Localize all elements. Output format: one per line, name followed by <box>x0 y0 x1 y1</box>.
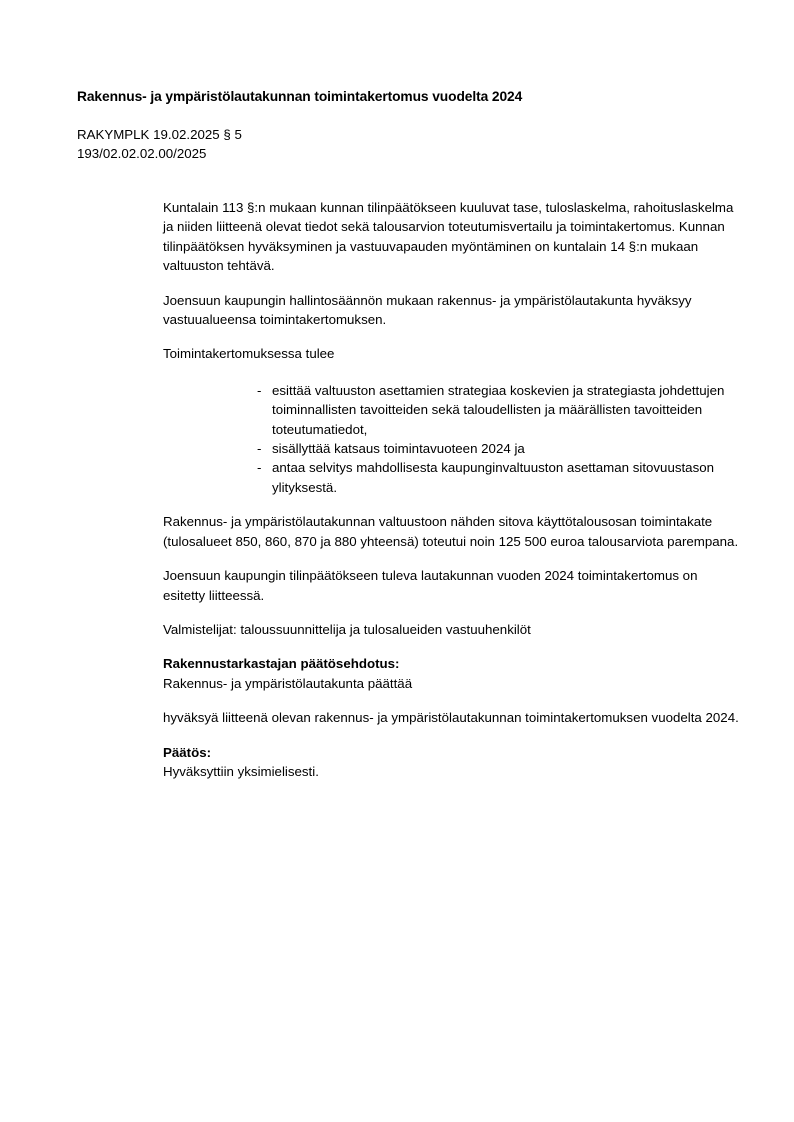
decision-text: Hyväksyttiin yksimielisesti. <box>163 762 743 781</box>
proposal-line: Rakennus- ja ympäristölautakunta päättää <box>163 674 743 693</box>
proposal-text: hyväksyä liitteenä olevan rakennus- ja y… <box>163 708 743 727</box>
case-number: 193/02.02.02.00/2025 <box>77 144 242 163</box>
paragraph-report-requirements: Toimintakertomuksessa tulee <box>163 344 743 363</box>
proposal-heading: Rakennustarkastajan päätösehdotus: <box>163 654 743 673</box>
document-meta: RAKYMPLK 19.02.2025 § 5 193/02.02.02.00/… <box>77 125 242 163</box>
paragraph-financial-result: Rakennus- ja ympäristölautakunnan valtuu… <box>163 512 743 551</box>
document-title: Rakennus- ja ympäristölautakunnan toimin… <box>77 89 522 104</box>
document-page: Rakennus- ja ympäristölautakunnan toimin… <box>0 0 794 1122</box>
document-body: Kuntalain 113 §:n mukaan kunnan tilinpää… <box>163 198 743 796</box>
list-item: - sisällyttää katsaus toimintavuoteen 20… <box>259 439 743 458</box>
list-item: - esittää valtuuston asettamien strategi… <box>259 381 743 439</box>
meeting-reference: RAKYMPLK 19.02.2025 § 5 <box>77 125 242 144</box>
bullet-dash: - <box>257 381 261 400</box>
paragraph-legal-basis: Kuntalain 113 §:n mukaan kunnan tilinpää… <box>163 198 743 276</box>
list-item: - antaa selvitys mahdollisesta kaupungin… <box>259 458 743 497</box>
decision-heading: Päätös: <box>163 743 743 762</box>
bullet-dash: - <box>257 439 261 458</box>
bullet-dash: - <box>257 458 261 477</box>
paragraph-attachment: Joensuun kaupungin tilinpäätökseen tulev… <box>163 566 743 605</box>
requirements-list: - esittää valtuuston asettamien strategi… <box>163 381 743 497</box>
paragraph-preparers: Valmistelijat: taloussuunnittelija ja tu… <box>163 620 743 639</box>
paragraph-administrative-rule: Joensuun kaupungin hallintosäännön mukaa… <box>163 291 743 330</box>
